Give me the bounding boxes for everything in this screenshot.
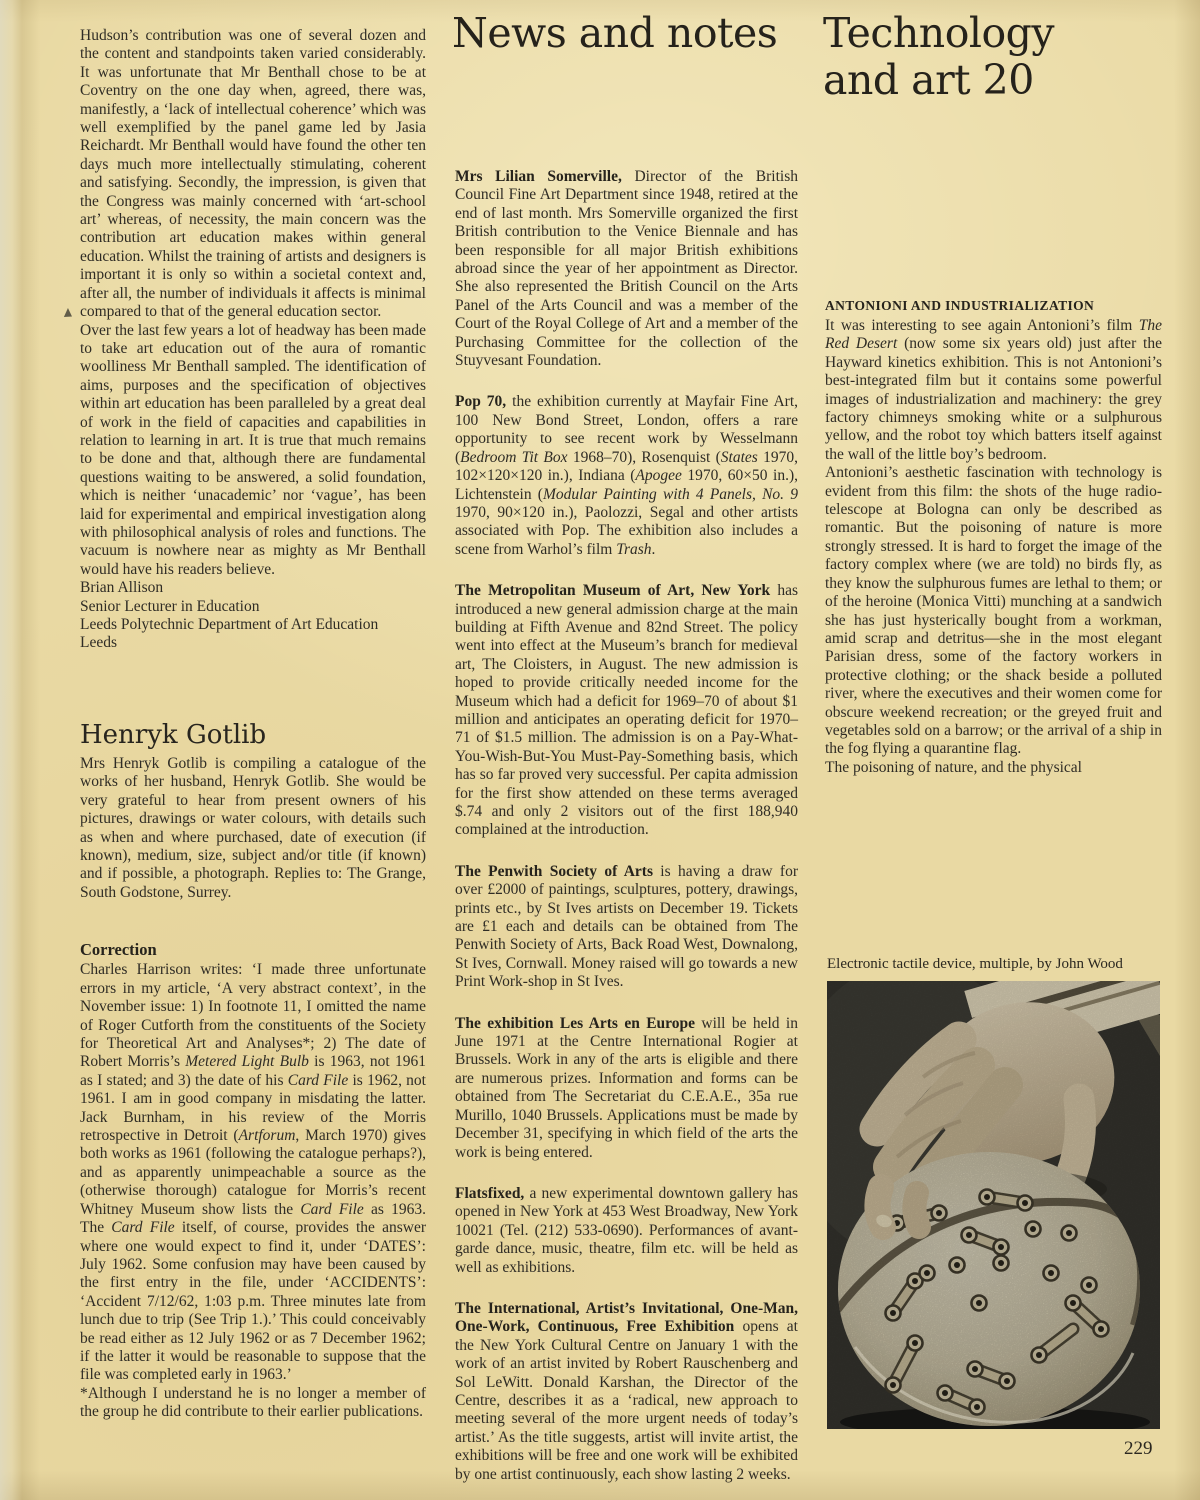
news-item: Pop 70, the exhibition currently at Mayf… bbox=[455, 393, 798, 559]
news-item: The exhibition Les Arts en Europe will b… bbox=[455, 1015, 798, 1162]
technology-column-body: It was interesting to see again Antonion… bbox=[825, 317, 1162, 777]
gotlib-heading: Henryk Gotlib bbox=[80, 720, 426, 750]
technology-and-art-title: Technology and art 20 bbox=[823, 10, 1054, 104]
technology-and-art-title-line1: Technology bbox=[823, 10, 1054, 57]
correction-body: Charles Harrison writes: ‘I made three u… bbox=[80, 961, 426, 1384]
gotlib-body: Mrs Henryk Gotlib is compiling a catalog… bbox=[80, 755, 426, 902]
margin-print-mark bbox=[63, 308, 72, 317]
tech-paragraph: It was interesting to see again Antonion… bbox=[825, 317, 1162, 464]
photo-caption: Electronic tactile device, multiple, by … bbox=[827, 956, 1123, 973]
signature-line: Brian Allison bbox=[80, 579, 426, 597]
gotlib-notice: Henryk Gotlib Mrs Henryk Gotlib is compi… bbox=[80, 720, 426, 902]
photo-grain-overlay bbox=[827, 981, 1160, 1429]
article-paragraph: Over the last few years a lot of headway… bbox=[80, 322, 426, 580]
news-column: Mrs Lilian Somerville, Director of the B… bbox=[455, 168, 798, 1500]
magazine-page: Hudson’s contribution was one of several… bbox=[0, 0, 1200, 1500]
article-signature: Brian Allison Senior Lecturer in Educati… bbox=[80, 579, 426, 653]
correction-heading: Correction bbox=[80, 941, 426, 959]
signature-line: Senior Lecturer in Education bbox=[80, 598, 426, 616]
news-item: The Penwith Society of Arts is having a … bbox=[455, 863, 798, 992]
left-column-article: Hudson’s contribution was one of several… bbox=[80, 27, 426, 653]
news-item: Flatsfixed, a new experimental downtown … bbox=[455, 1185, 798, 1277]
technology-and-art-title-line2: and art 20 bbox=[823, 57, 1054, 104]
signature-line: Leeds Polytechnic Department of Art Educ… bbox=[80, 616, 426, 634]
signature-line: Leeds bbox=[80, 634, 426, 652]
news-item: Mrs Lilian Somerville, Director of the B… bbox=[455, 168, 798, 370]
tactile-device-photo-illustration bbox=[827, 981, 1160, 1429]
antonioni-section-heading: ANTONIONI AND INDUSTRIALIZATION bbox=[825, 298, 1094, 314]
tech-paragraph: Antonioni’s aesthetic fascination with t… bbox=[825, 464, 1162, 759]
news-item: The Metropolitan Museum of Art, New York… bbox=[455, 582, 798, 840]
news-and-notes-title: News and notes bbox=[452, 10, 777, 57]
correction-footnote: *Although I understand he is no longer a… bbox=[80, 1385, 426, 1422]
news-item: The International, Artist’s Invitational… bbox=[455, 1300, 798, 1484]
page-number: 229 bbox=[1124, 1438, 1153, 1460]
correction-notice: Correction Charles Harrison writes: ‘I m… bbox=[80, 941, 426, 1422]
tech-paragraph: The poisoning of nature, and the physica… bbox=[825, 759, 1162, 777]
article-paragraph: Hudson’s contribution was one of several… bbox=[80, 27, 426, 322]
tactile-device-photo bbox=[827, 981, 1160, 1429]
